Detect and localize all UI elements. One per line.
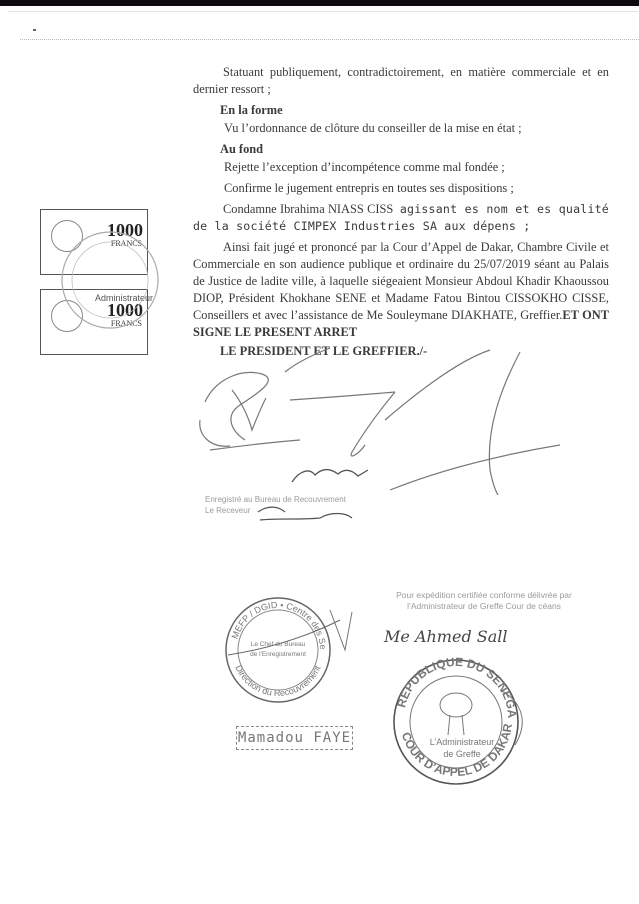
dgid-round-seal: MEFP / DGID • Centre des Services Fiscau… (0, 0, 352, 702)
president-signature (200, 348, 560, 495)
registration-initials (258, 507, 352, 520)
svg-text:de l'Enregistrement: de l'Enregistrement (250, 651, 306, 658)
court-round-seal: REPUBLIQUE DU SENEGAL COUR D’APPEL DE DA… (0, 0, 522, 784)
svg-text:de Greffe: de Greffe (443, 749, 480, 759)
svg-text:Direction du Recouvrement: Direction du Recouvrement (233, 663, 322, 698)
court-seal-behind-stamps (62, 232, 158, 328)
svg-text:L’Administrateur: L’Administrateur (430, 737, 495, 747)
svg-text:MEFP / DGID • Centre des Servi: MEFP / DGID • Centre des Services Fiscau… (0, 0, 328, 650)
greffier-signature (292, 470, 368, 482)
signatures-and-seals: MEFP / DGID • Centre des Services Fiscau… (0, 0, 639, 904)
